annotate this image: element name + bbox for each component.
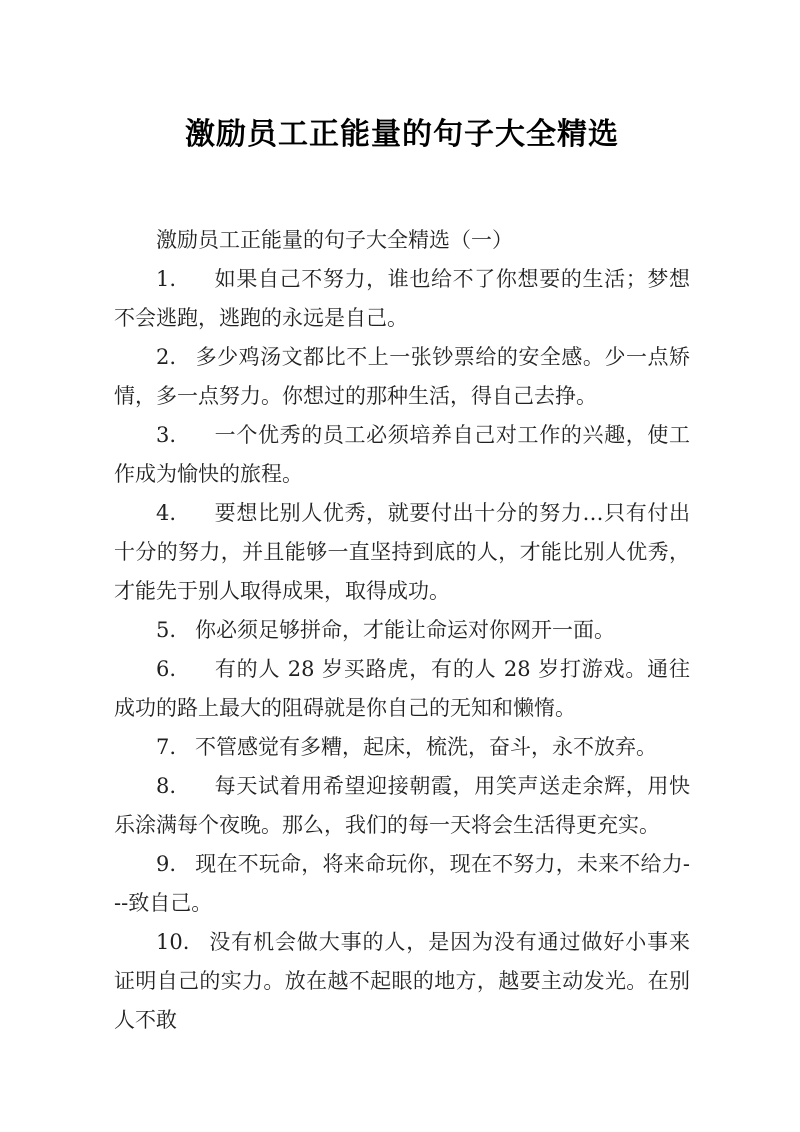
list-item-2: 2.多少鸡汤文都比不上一张钞票给的安全感。少一点矫情，多一点努力。你想过的那种生… bbox=[114, 338, 690, 416]
document-body: 激励员工正能量的句子大全精选（一） 1.如果自己不努力，谁也给不了你想要的生活；… bbox=[114, 221, 690, 1040]
item-text: 每天试着用希望迎接朝霞，用笑声送走余辉，用快乐涂满每个夜晚。那么，我们的每一天将… bbox=[114, 774, 690, 837]
list-item-6: 6.有的人 28 岁买路虎，有的人 28 岁打游戏。通往成功的路上最大的阻碍就是… bbox=[114, 650, 690, 728]
list-item-8: 8.每天试着用希望迎接朝霞，用笑声送走余辉，用快乐涂满每个夜晚。那么，我们的每一… bbox=[114, 767, 690, 845]
number-gap bbox=[176, 441, 214, 442]
item-number: 9. bbox=[156, 852, 176, 876]
item-number: 4. bbox=[156, 501, 176, 525]
document-subtitle: 激励员工正能量的句子大全精选（一） bbox=[114, 221, 690, 260]
number-gap bbox=[176, 519, 214, 520]
number-gap bbox=[176, 285, 214, 286]
item-text: 有的人 28 岁买路虎，有的人 28 岁打游戏。通往成功的路上最大的阻碍就是你自… bbox=[114, 657, 690, 720]
item-number: 8. bbox=[156, 774, 176, 798]
list-item-5: 5.你必须足够拼命，才能让命运对你网开一面。 bbox=[114, 611, 690, 650]
item-text: 没有机会做大事的人，是因为没有通过做好小事来证明自己的实力。放在越不起眼的地方，… bbox=[114, 930, 690, 1032]
item-number: 10. bbox=[156, 930, 189, 954]
number-gap bbox=[176, 363, 195, 364]
item-number: 6. bbox=[156, 657, 176, 681]
list-item-7: 7.不管感觉有多糟，起床，梳洗，奋斗，永不放弃。 bbox=[114, 728, 690, 767]
number-gap bbox=[176, 636, 195, 637]
list-item-9: 9.现在不玩命，将来命玩你，现在不努力，未来不给力---致自己。 bbox=[114, 845, 690, 923]
number-gap bbox=[176, 675, 214, 676]
item-text: 一个优秀的员工必须培养自己对工作的兴趣，使工作成为愉快的旅程。 bbox=[114, 423, 690, 486]
number-gap bbox=[176, 792, 214, 793]
item-text: 多少鸡汤文都比不上一张钞票给的安全感。少一点矫情，多一点努力。你想过的那种生活，… bbox=[114, 345, 690, 408]
item-number: 7. bbox=[156, 735, 176, 759]
item-text: 要想比别人优秀，就要付出十分的努力…只有付出十分的努力，并且能够一直坚持到底的人… bbox=[114, 501, 690, 603]
number-gap bbox=[176, 870, 195, 871]
item-number: 3. bbox=[156, 423, 176, 447]
list-item-1: 1.如果自己不努力，谁也给不了你想要的生活；梦想不会逃跑，逃跑的永远是自己。 bbox=[114, 260, 690, 338]
list-item-10: 10.没有机会做大事的人，是因为没有通过做好小事来证明自己的实力。放在越不起眼的… bbox=[114, 923, 690, 1040]
list-item-3: 3.一个优秀的员工必须培养自己对工作的兴趣，使工作成为愉快的旅程。 bbox=[114, 416, 690, 494]
item-text: 你必须足够拼命，才能让命运对你网开一面。 bbox=[195, 618, 615, 642]
item-text: 不管感觉有多糟，起床，梳洗，奋斗，永不放弃。 bbox=[195, 735, 657, 759]
item-text: 如果自己不努力，谁也给不了你想要的生活；梦想不会逃跑，逃跑的永远是自己。 bbox=[114, 267, 690, 330]
number-gap bbox=[176, 753, 195, 754]
list-item-4: 4.要想比别人优秀，就要付出十分的努力…只有付出十分的努力，并且能够一直坚持到底… bbox=[114, 494, 690, 611]
number-gap bbox=[189, 948, 208, 949]
document-title: 激励员工正能量的句子大全精选 bbox=[114, 0, 690, 158]
item-number: 1. bbox=[156, 267, 176, 291]
document-page: 激励员工正能量的句子大全精选 激励员工正能量的句子大全精选（一） 1.如果自己不… bbox=[0, 0, 800, 1132]
item-text: 现在不玩命，将来命玩你，现在不努力，未来不给力---致自己。 bbox=[114, 852, 690, 915]
item-number: 2. bbox=[156, 345, 176, 369]
item-number: 5. bbox=[156, 618, 176, 642]
subtitle-text: 激励员工正能量的句子大全精选（一） bbox=[156, 228, 513, 252]
